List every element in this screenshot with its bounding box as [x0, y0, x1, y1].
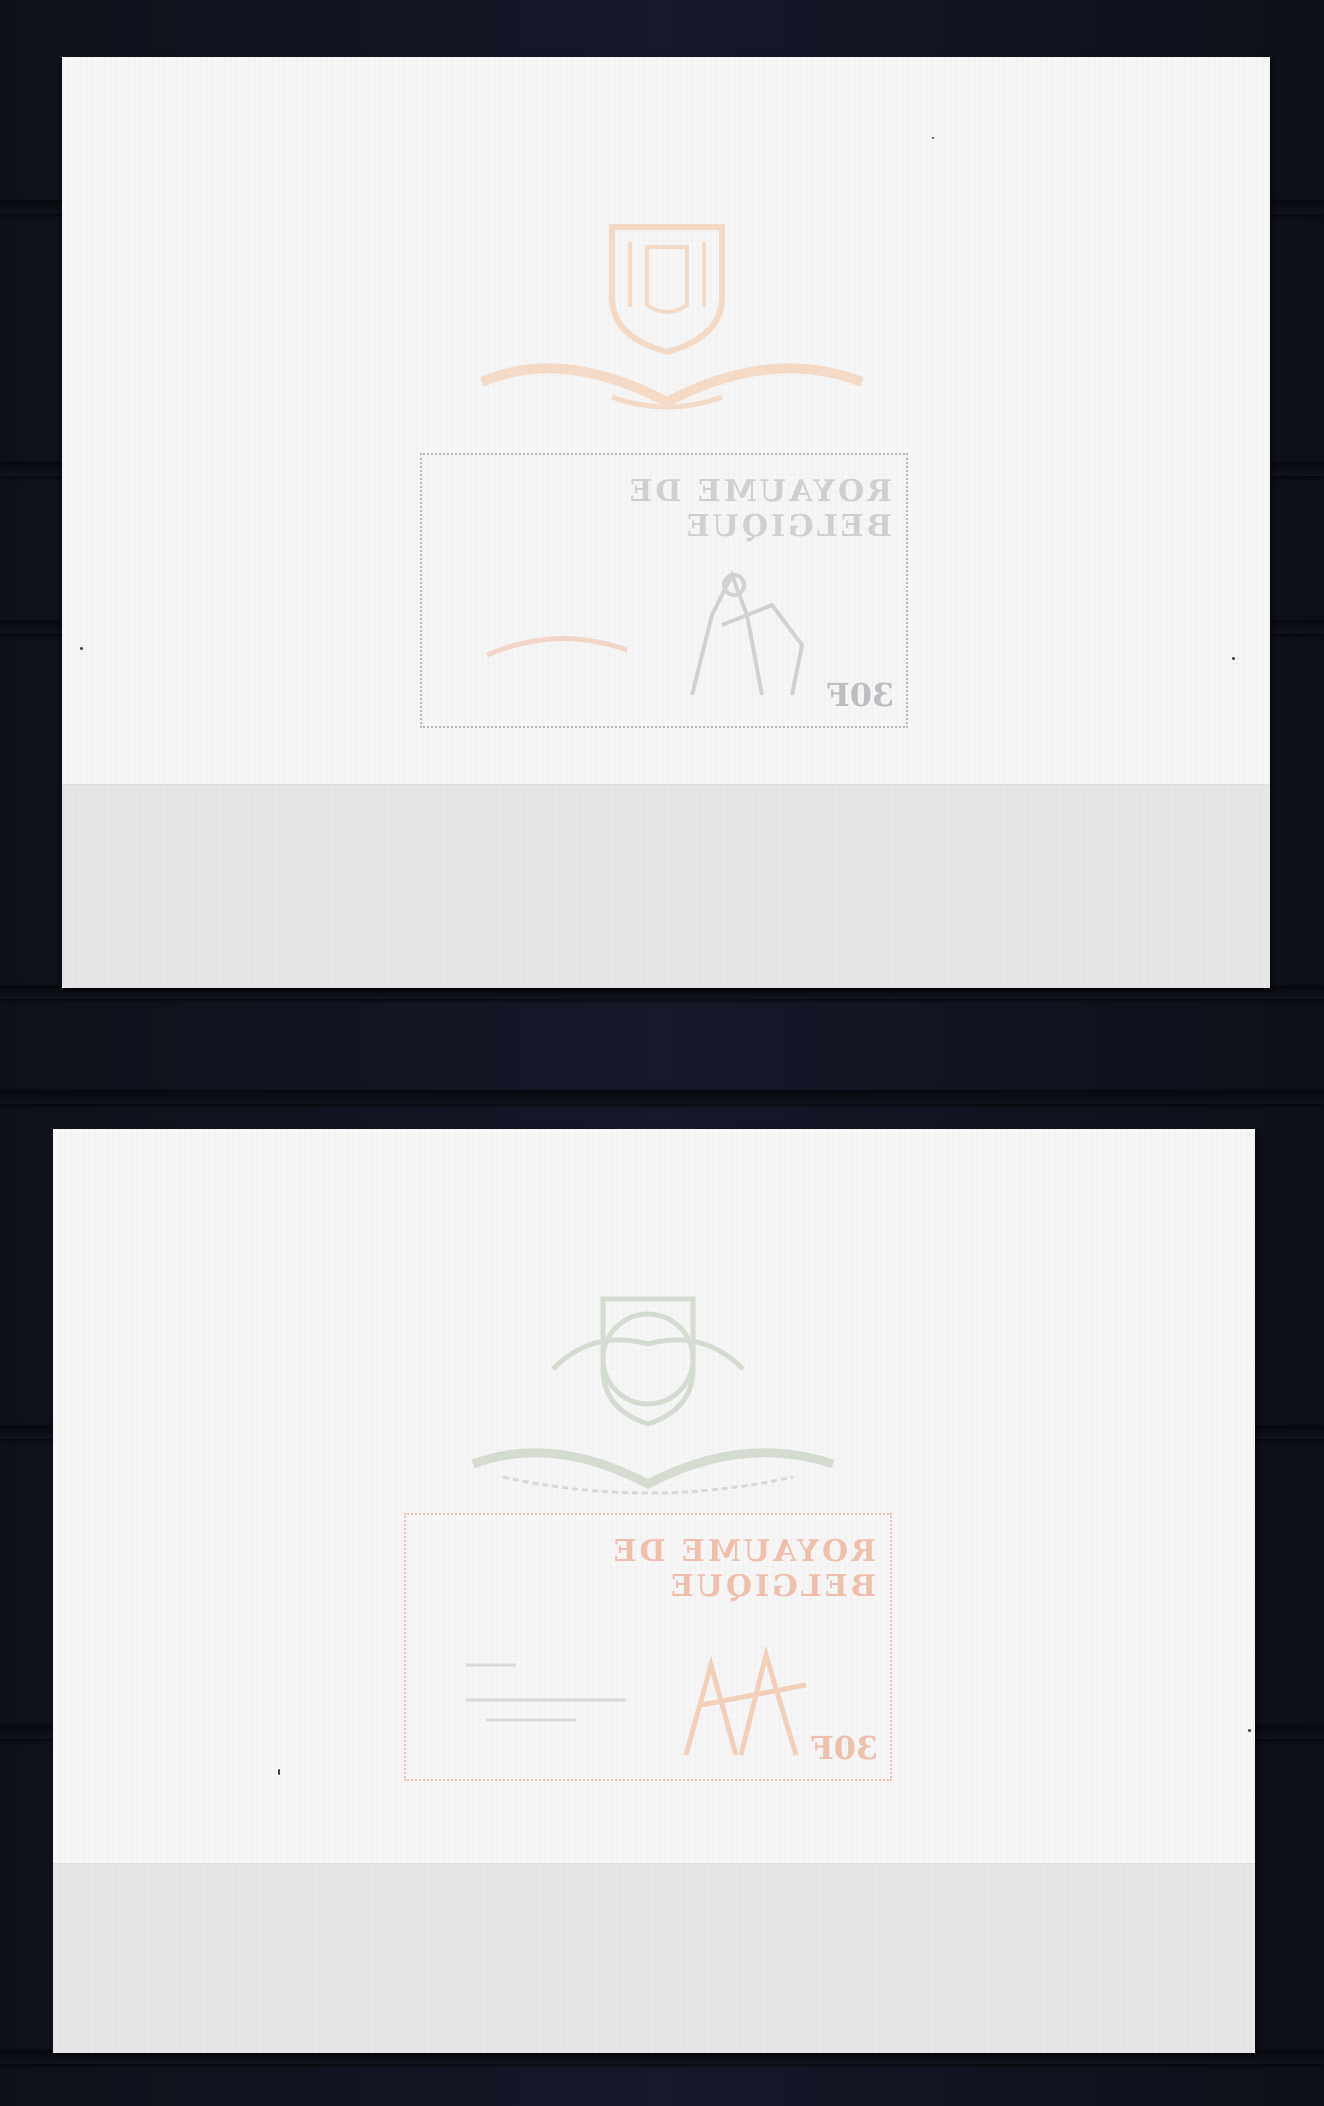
- paper-speck: [932, 137, 934, 139]
- stamp-value: 30F: [827, 676, 894, 714]
- stamp-title: ROYAUME DE BELGIQUE: [611, 1535, 876, 1604]
- stamp-figure-art: [656, 1625, 826, 1769]
- souvenir-sheet-1: ROYAUME DE BELGIQUE 30F: [62, 57, 1270, 988]
- stamp-title: ROYAUME DE BELGIQUE: [627, 475, 892, 544]
- coat-of-arms-emblem: [462, 187, 882, 427]
- stamp-accent-art: [482, 605, 632, 679]
- paper-speck: [80, 647, 83, 650]
- paper-speck: [278, 1769, 280, 1775]
- paper-speck: [1232, 657, 1235, 660]
- stamp-frame: ROYAUME DE BELGIQUE 30F: [420, 453, 908, 728]
- stamp-frame: ROYAUME DE BELGIQUE 30F: [404, 1513, 892, 1781]
- crest-icon: [443, 1249, 863, 1509]
- sheet-selvage: [53, 1863, 1255, 2053]
- crest-icon: [462, 187, 882, 427]
- paper-speck: [1248, 1729, 1251, 1732]
- figure-icon: [656, 1625, 826, 1765]
- stockbook-strip: [0, 1090, 1324, 1104]
- ribbon-icon: [482, 605, 632, 675]
- stamp-accent-art: [456, 1645, 636, 1739]
- text-block-icon: [456, 1645, 636, 1735]
- stamp-value: 30F: [811, 1729, 878, 1767]
- stamp-figure-art: [652, 555, 822, 709]
- sheet-selvage: [62, 784, 1270, 988]
- coat-of-arms-emblem: [443, 1249, 863, 1509]
- figure-icon: [652, 555, 822, 705]
- souvenir-sheet-2: ROYAUME DE BELGIQUE 30F: [53, 1129, 1255, 2053]
